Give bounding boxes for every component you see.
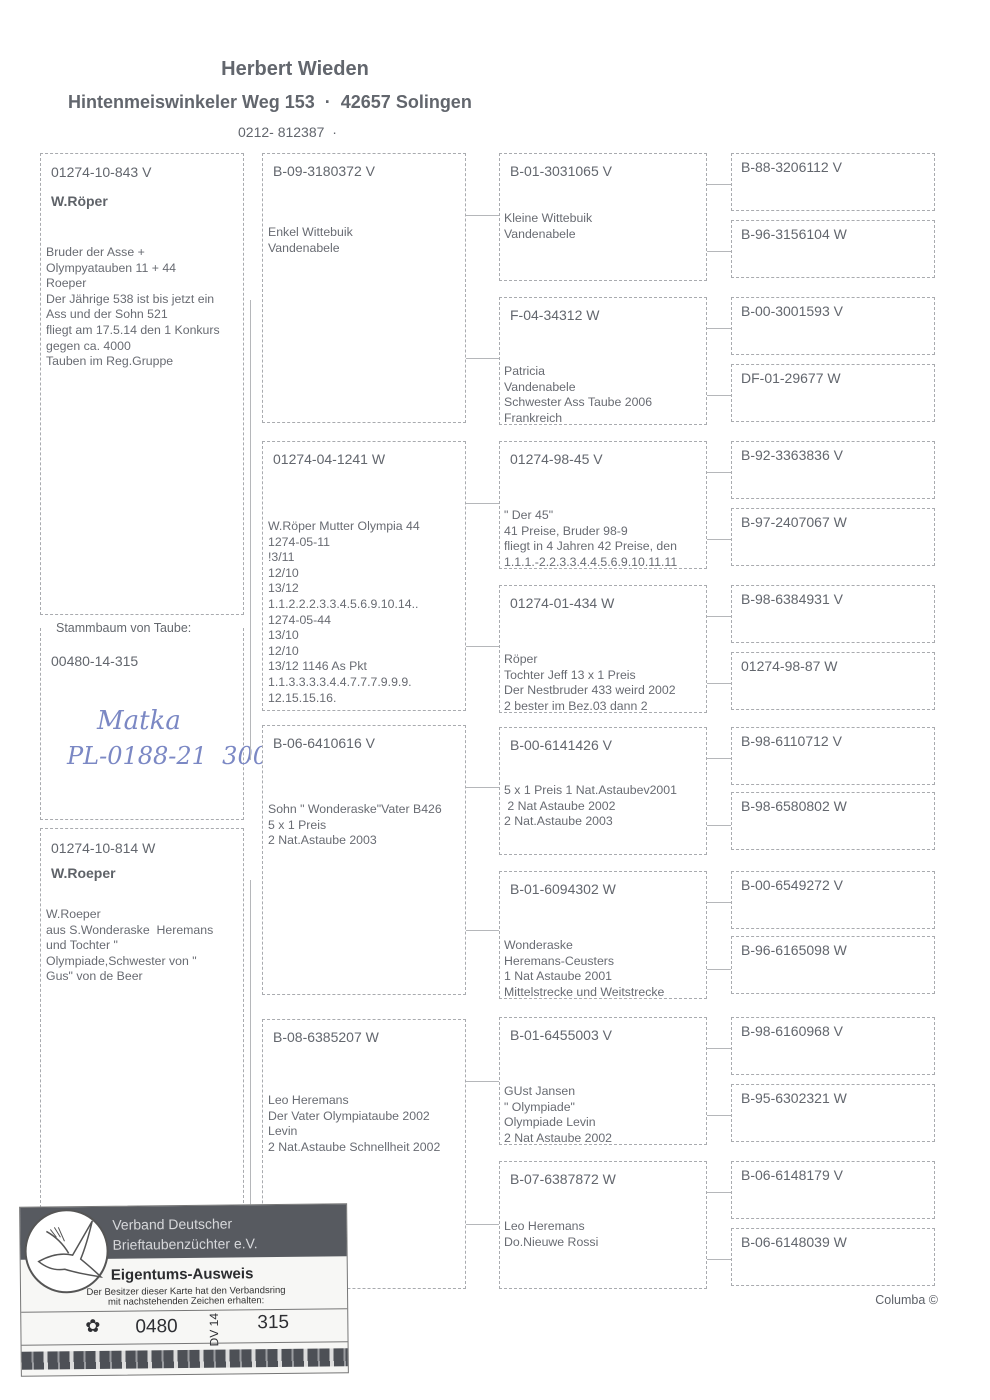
connector bbox=[707, 616, 731, 617]
ring-number: B-00-6141426 V bbox=[510, 737, 612, 753]
pedigree-box-gen2: B-06-6410616 VSohn " Wonderaske"Vater B4… bbox=[262, 725, 466, 995]
ring-number: B-95-6302321 W bbox=[741, 1090, 847, 1106]
pedigree-box-gen4: B-95-6302321 W bbox=[731, 1084, 935, 1142]
pedigree-note: " Der 45" 41 Preise, Bruder 98-9 fliegt … bbox=[504, 508, 677, 570]
connector bbox=[466, 503, 500, 504]
pedigree-box-gen4: B-98-6160968 V bbox=[731, 1017, 935, 1075]
ring-number: B-01-6094302 W bbox=[510, 881, 616, 897]
pedigree-note: GUst Jansen " Olympiade" Olympiade Levin… bbox=[504, 1084, 612, 1146]
connector bbox=[707, 328, 731, 329]
org-line-2: Brieftaubenzüchter e.V. bbox=[112, 1235, 257, 1253]
card-ring-number: 315 bbox=[257, 1312, 289, 1334]
pedigree-box-gen3: F-04-34312 WPatricia Vandenabele Schwest… bbox=[499, 297, 707, 425]
ring-number: 01274-04-1241 W bbox=[273, 451, 385, 467]
connector bbox=[707, 1192, 731, 1193]
pedigree-note: Kleine Wittebuik Vandenabele bbox=[504, 211, 592, 242]
connector bbox=[466, 787, 500, 788]
ring-number: B-01-3031065 V bbox=[510, 163, 612, 179]
pedigree-note: Röper Tochter Jeff 13 x 1 Preis Der Nest… bbox=[504, 652, 676, 714]
ring-number: 01274-98-45 V bbox=[510, 451, 603, 467]
connector bbox=[466, 646, 500, 647]
connector bbox=[707, 1259, 731, 1260]
ring-number: F-04-34312 W bbox=[510, 307, 599, 323]
connector bbox=[707, 758, 731, 759]
connector bbox=[466, 1081, 500, 1082]
sire-owner: W.Röper bbox=[51, 193, 108, 209]
ring-number: B-07-6387872 W bbox=[510, 1171, 616, 1187]
sire-box: 01274-10-843 V W.Röper Bruder der Asse +… bbox=[40, 153, 244, 615]
card-subtitle: Der Besitzer dieser Karte hat den Verban… bbox=[51, 1286, 321, 1309]
ring-number: B-00-6549272 V bbox=[741, 877, 843, 893]
pedigree-box-gen2: 01274-04-1241 WW.Röper Mutter Olympia 44… bbox=[262, 441, 466, 711]
pedigree-box-gen3: B-01-6455003 VGUst Jansen " Olympiade" O… bbox=[499, 1017, 707, 1145]
connector bbox=[707, 825, 731, 826]
ring-number: DF-01-29677 W bbox=[741, 370, 841, 386]
ring-number: B-01-6455003 V bbox=[510, 1027, 612, 1043]
connector bbox=[250, 880, 251, 1220]
ring-number: B-98-6580802 W bbox=[741, 798, 847, 814]
connector bbox=[707, 683, 731, 684]
ring-number: B-98-6384931 V bbox=[741, 591, 843, 607]
software-credit: Columba © bbox=[875, 1293, 938, 1307]
pedigree-box-gen4: B-97-2407067 W bbox=[731, 508, 935, 566]
ring-number: B-00-3001593 V bbox=[741, 303, 843, 319]
pedigree-box-gen3: B-00-6141426 V5 x 1 Preis 1 Nat.Astaubev… bbox=[499, 727, 707, 855]
card-organization: Verband Deutscher Brieftaubenzüchter e.V… bbox=[112, 1213, 257, 1255]
connector bbox=[707, 395, 731, 396]
pedigree-box-gen3: 01274-98-45 V" Der 45" 41 Preise, Bruder… bbox=[499, 441, 707, 569]
ring-number: B-96-6165098 W bbox=[741, 942, 847, 958]
org-line-1: Verband Deutscher bbox=[112, 1215, 232, 1232]
pedigree-box-gen4: B-06-6148039 W bbox=[731, 1228, 935, 1286]
ring-number: B-06-6410616 V bbox=[273, 735, 375, 751]
connector bbox=[707, 1115, 731, 1116]
connector bbox=[466, 1224, 500, 1225]
connector bbox=[466, 358, 500, 359]
pedigree-box-gen3: B-01-3031065 VKleine Wittebuik Vandenabe… bbox=[499, 153, 707, 281]
ownership-card: Verband Deutscher Brieftaubenzüchter e.V… bbox=[19, 1203, 349, 1376]
connector bbox=[707, 969, 731, 970]
connector bbox=[707, 184, 731, 185]
ring-number: B-88-3206112 V bbox=[741, 159, 842, 175]
ring-number: B-98-6110712 V bbox=[741, 733, 842, 749]
connector bbox=[466, 930, 500, 931]
dam-owner: W.Roeper bbox=[51, 865, 116, 881]
breeder-address: Hintenmeiswinkeler Weg 153 · 42657 Solin… bbox=[68, 92, 472, 113]
ring-number: B-09-3180372 V bbox=[273, 163, 375, 179]
dam-note: W.Roeper aus S.Wonderaske Heremans und T… bbox=[46, 907, 213, 985]
pedigree-box-gen3: B-07-6387872 WLeo Heremans Do.Nieuwe Ros… bbox=[499, 1161, 707, 1289]
ring-number: B-08-6385207 W bbox=[273, 1029, 379, 1045]
card-title: Eigentums-Ausweis bbox=[111, 1265, 254, 1283]
connector bbox=[707, 1048, 731, 1049]
sire-note: Bruder der Asse + Olympyatauben 11 + 44 … bbox=[46, 245, 220, 370]
emblem-icon: ✿ bbox=[85, 1316, 100, 1337]
pedigree-box-gen4: B-92-3363836 V bbox=[731, 441, 935, 499]
subject-label: Stammbaum von Taube: bbox=[56, 621, 191, 635]
ring-number: B-06-6148039 W bbox=[741, 1234, 847, 1250]
pedigree-note: Sohn " Wonderaske"Vater B426 5 x 1 Preis… bbox=[268, 802, 442, 849]
pedigree-note: Leo Heremans Der Vater Olympiataube 2002… bbox=[268, 1093, 440, 1155]
card-ring-row: ✿ 0480 DV 14 315 bbox=[21, 1308, 347, 1345]
ring-number: B-96-3156104 W bbox=[741, 226, 847, 242]
pedigree-box-gen4: B-96-6165098 W bbox=[731, 936, 935, 994]
breeder-phone: 0212- 812387 · bbox=[238, 124, 337, 140]
connector bbox=[466, 215, 500, 216]
connector bbox=[250, 300, 251, 760]
connector bbox=[707, 902, 731, 903]
ring-number: 01274-98-87 W bbox=[741, 658, 838, 674]
pedigree-box-gen2: B-09-3180372 VEnkel Wittebuik Vandenabel… bbox=[262, 153, 466, 423]
pedigree-note: Enkel Wittebuik Vandenabele bbox=[268, 225, 353, 256]
dam-box: 01274-10-814 W W.Roeper W.Roeper aus S.W… bbox=[40, 828, 244, 1208]
pedigree-box-gen4: B-88-3206112 V bbox=[731, 153, 935, 211]
pedigree-box-gen4: 01274-98-87 W bbox=[731, 652, 935, 710]
pedigree-note: Wonderaske Heremans-Ceusters 1 Nat Astau… bbox=[504, 938, 664, 1000]
breeder-name: Herbert Wieden bbox=[0, 58, 590, 81]
handwritten-note-1: Matka bbox=[97, 706, 181, 736]
ring-number: B-92-3363836 V bbox=[741, 447, 843, 463]
card-country-year: DV 14 bbox=[207, 1313, 221, 1347]
card-club-number: 0480 bbox=[135, 1316, 178, 1338]
pigeon-icon bbox=[24, 1209, 109, 1294]
pedigree-box-gen4: B-98-6580802 W bbox=[731, 792, 935, 850]
pedigree-note: Leo Heremans Do.Nieuwe Rossi bbox=[504, 1219, 598, 1250]
connector bbox=[707, 539, 731, 540]
ring-number: B-97-2407067 W bbox=[741, 514, 847, 530]
handwritten-note-2: PL-0188-21 300 bbox=[67, 742, 268, 770]
ring-number: B-06-6148179 V bbox=[741, 1167, 843, 1183]
pedigree-box-gen4: B-00-6549272 V bbox=[731, 871, 935, 929]
ring-number: 01274-01-434 W bbox=[510, 595, 614, 611]
connector bbox=[707, 472, 731, 473]
subject-ring: 00480-14-315 bbox=[51, 653, 138, 669]
card-decorative-band bbox=[22, 1348, 348, 1369]
pedigree-box-gen4: B-98-6384931 V bbox=[731, 585, 935, 643]
pedigree-box-gen3: B-01-6094302 WWonderaske Heremans-Ceuste… bbox=[499, 871, 707, 999]
pedigree-note: Patricia Vandenabele Schwester Ass Taube… bbox=[504, 364, 652, 426]
pedigree-note: 5 x 1 Preis 1 Nat.Astaubev2001 2 Nat Ast… bbox=[504, 783, 677, 830]
pedigree-box-gen4: B-06-6148179 V bbox=[731, 1161, 935, 1219]
sire-ring: 01274-10-843 V bbox=[51, 164, 151, 180]
pedigree-note: W.Röper Mutter Olympia 44 1274-05-11 !3/… bbox=[268, 519, 420, 706]
ring-number: B-98-6160968 V bbox=[741, 1023, 843, 1039]
connector bbox=[707, 251, 731, 252]
subject-box: 00480-14-315 Matka PL-0188-21 300 bbox=[40, 628, 244, 820]
pedigree-box-gen4: DF-01-29677 W bbox=[731, 364, 935, 422]
dam-ring: 01274-10-814 W bbox=[51, 840, 155, 856]
pedigree-box-gen4: B-98-6110712 V bbox=[731, 727, 935, 785]
pedigree-box-gen3: 01274-01-434 WRöper Tochter Jeff 13 x 1 … bbox=[499, 585, 707, 713]
pedigree-box-gen4: B-00-3001593 V bbox=[731, 297, 935, 355]
pedigree-box-gen4: B-96-3156104 W bbox=[731, 220, 935, 278]
